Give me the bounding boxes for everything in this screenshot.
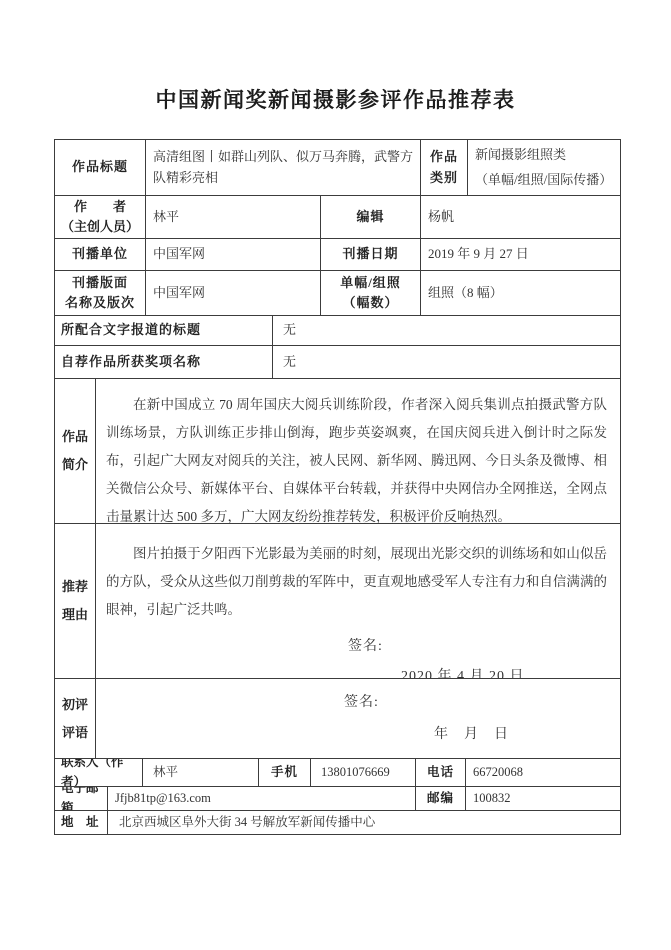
- self-award-value: 无: [273, 346, 621, 379]
- category-value: 新闻摄影组照类 （单幅/组照/国际传播）: [468, 140, 621, 196]
- publish-date-label: 刊播日期: [321, 239, 421, 271]
- recommend-paragraph: 图片拍摄于夕阳西下光影最为美丽的时刻，展现出光影交织的训练场和如山似岳的方队，受…: [106, 540, 607, 624]
- intro-content-cell: 在新中国成立 70 周年国庆大阅兵训练阶段，作者深入阅兵集训点拍摄武警方队训练场…: [96, 379, 621, 524]
- first-review-sign-date: 年 月 日: [106, 724, 607, 746]
- address-label: 地 址: [55, 811, 108, 835]
- recommend-sign-label: 签名:: [106, 636, 607, 658]
- address-value: 北京西城区阜外大街 34 号解放军新闻传播中心: [108, 811, 621, 835]
- frame-count-label: 单幅/组照 （幅数）: [321, 271, 421, 316]
- zip-label: 邮编: [416, 787, 466, 811]
- frame-count-value: 组照（8 幅）: [421, 271, 621, 316]
- text-report-title-label: 所配合文字报道的标题: [55, 316, 273, 346]
- recommendation-form-table: 作品标题 高清组图丨如群山列队、似万马奔腾，武警方队精彩亮相 作品 类别 新闻摄…: [54, 139, 621, 835]
- row-contact: 联系人（作者） 林平 手机 13801076669 电话 66720068: [55, 759, 621, 787]
- publish-unit-label: 刊播单位: [55, 239, 146, 271]
- mobile-value: 13801076669: [311, 759, 416, 787]
- publish-page-value: 中国军网: [146, 271, 321, 316]
- intro-label: 作品 简介: [55, 379, 96, 524]
- category-label: 作品 类别: [421, 140, 468, 196]
- first-review-label: 初评 评语: [55, 679, 96, 759]
- email-label: 电子邮箱: [55, 787, 108, 811]
- publish-unit-value: 中国军网: [146, 239, 321, 271]
- document-page: 中国新闻奖新闻摄影参评作品推荐表 作品标题 高清组图丨如群山列队、似万马奔腾，武…: [0, 0, 671, 950]
- recommend-content-cell: 图片拍摄于夕阳西下光影最为美丽的时刻，展现出光影交织的训练场和如山似岳的方队，受…: [96, 524, 621, 679]
- contact-value: 林平: [143, 759, 259, 787]
- row-recommend: 推荐 理由 图片拍摄于夕阳西下光影最为美丽的时刻，展现出光影交织的训练场和如山似…: [55, 524, 621, 679]
- email-value: Jfjb81tp@163.com: [108, 787, 416, 811]
- recommend-label: 推荐 理由: [55, 524, 96, 679]
- author-label: 作 者 （主创人员）: [55, 196, 146, 239]
- intro-paragraph: 在新中国成立 70 周年国庆大阅兵训练阶段，作者深入阅兵集训点拍摄武警方队训练场…: [106, 391, 607, 524]
- text-report-title-value: 无: [273, 316, 621, 346]
- page-title: 中国新闻奖新闻摄影参评作品推荐表: [0, 84, 671, 114]
- row-author: 作 者 （主创人员） 林平 编辑 杨帆: [55, 196, 621, 239]
- row-publish-page: 刊播版面 名称及版次 中国军网 单幅/组照 （幅数） 组照（8 幅）: [55, 271, 621, 316]
- recommend-sign-date: 2020 年 4 月 20 日: [106, 666, 607, 679]
- editor-label: 编辑: [321, 196, 421, 239]
- row-intro: 作品 简介 在新中国成立 70 周年国庆大阅兵训练阶段，作者深入阅兵集训点拍摄武…: [55, 379, 621, 524]
- row-publish-unit: 刊播单位 中国军网 刊播日期 2019 年 9 月 27 日: [55, 239, 621, 271]
- publish-page-label: 刊播版面 名称及版次: [55, 271, 146, 316]
- row-text-report-title: 所配合文字报道的标题 无: [55, 316, 621, 346]
- editor-value: 杨帆: [421, 196, 621, 239]
- first-review-sign-label: 签名:: [106, 692, 607, 714]
- first-review-content-cell: 签名: 年 月 日: [96, 679, 621, 759]
- work-title-value: 高清组图丨如群山列队、似万马奔腾，武警方队精彩亮相: [146, 140, 421, 196]
- phone-label: 电话: [416, 759, 466, 787]
- row-address: 地 址 北京西城区阜外大街 34 号解放军新闻传播中心: [55, 811, 621, 835]
- publish-date-value: 2019 年 9 月 27 日: [421, 239, 621, 271]
- phone-value: 66720068: [466, 759, 621, 787]
- mobile-label: 手机: [259, 759, 311, 787]
- zip-value: 100832: [466, 787, 621, 811]
- author-value: 林平: [146, 196, 321, 239]
- work-title-label: 作品标题: [55, 140, 146, 196]
- row-email: 电子邮箱 Jfjb81tp@163.com 邮编 100832: [55, 787, 621, 811]
- row-work-title: 作品标题 高清组图丨如群山列队、似万马奔腾，武警方队精彩亮相 作品 类别 新闻摄…: [55, 140, 621, 196]
- row-first-review: 初评 评语 签名: 年 月 日: [55, 679, 621, 759]
- row-self-award: 自荐作品所获奖项名称 无: [55, 346, 621, 379]
- self-award-label: 自荐作品所获奖项名称: [55, 346, 273, 379]
- contact-label: 联系人（作者）: [55, 759, 143, 787]
